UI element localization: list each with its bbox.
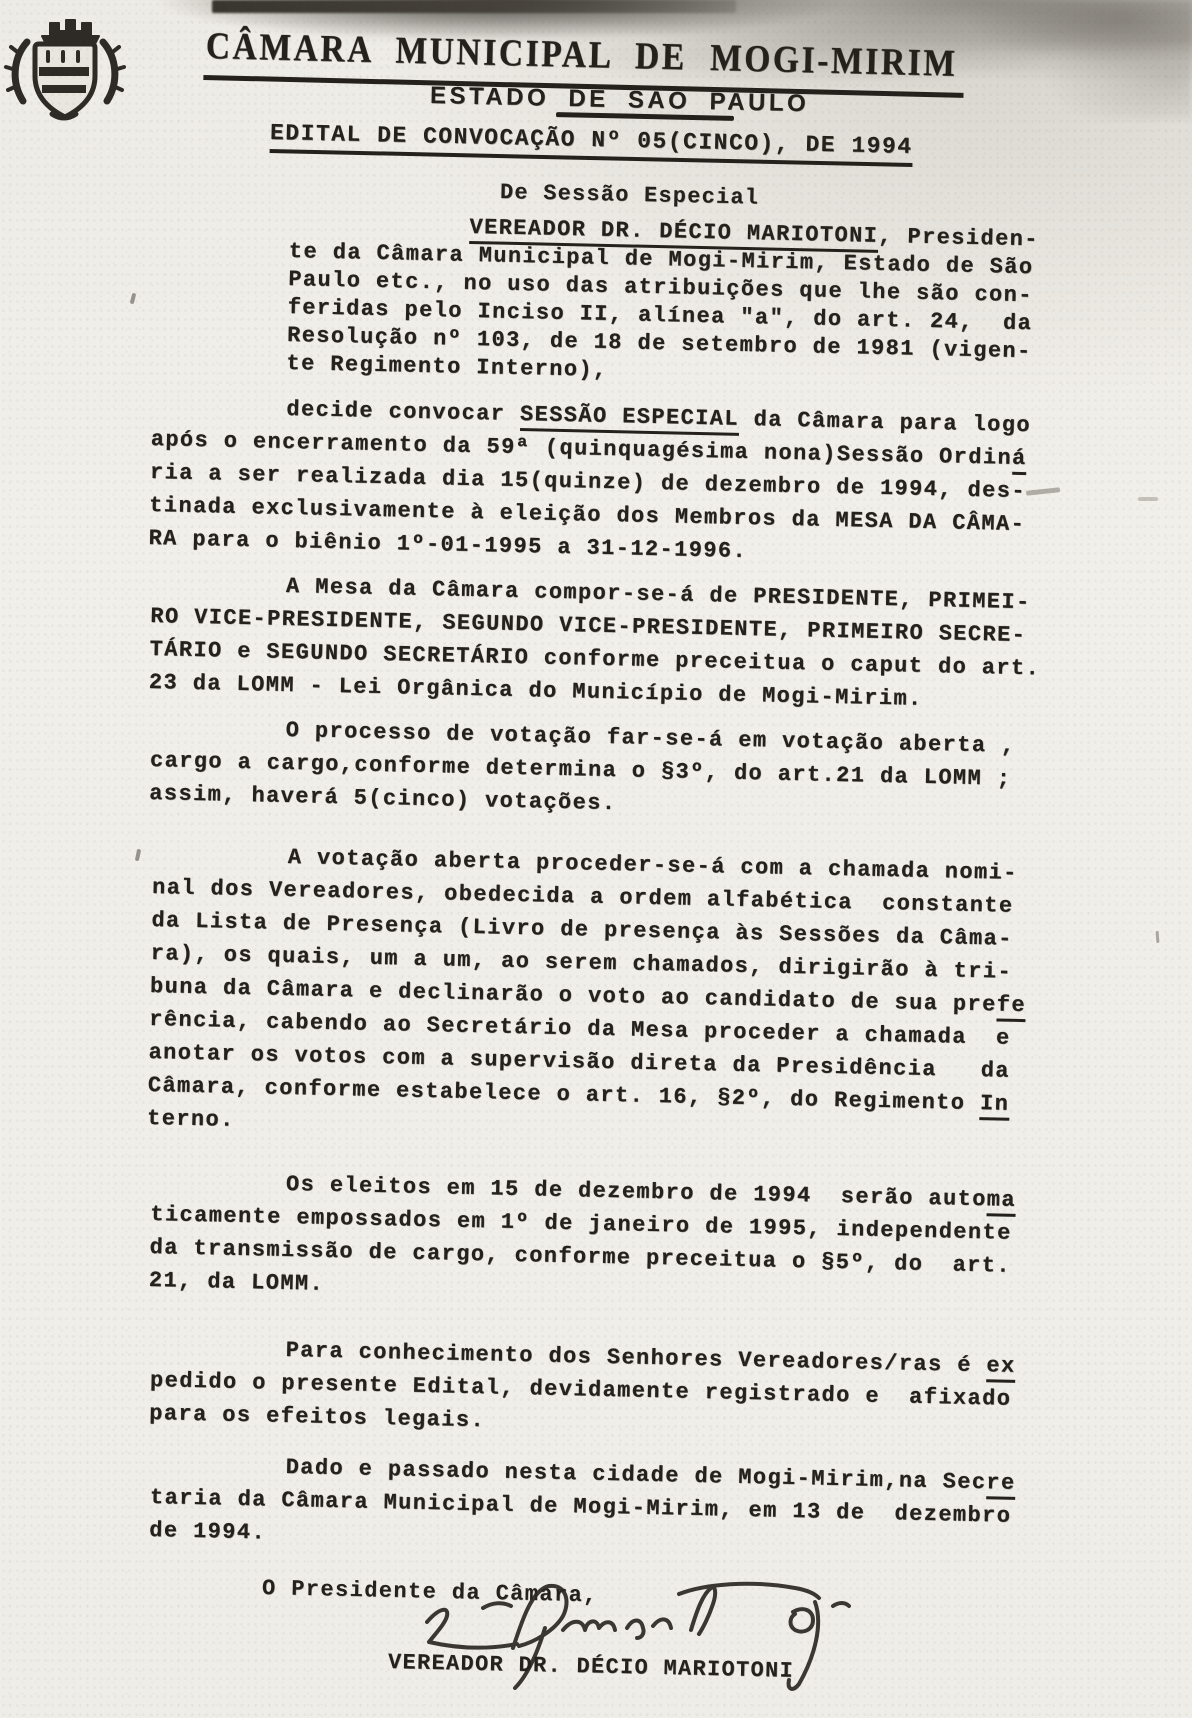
text-segment: , Presiden- [878,224,1039,252]
text-segment: te Regimento Interno), [286,351,608,383]
edital-title-text: EDITAL DE CONVOCAÇÃO Nº 05(CINCO), DE 19… [270,120,913,167]
text-segment: da Câmara para logo [739,407,1032,438]
session-subtitle: De Sessão Especial [500,180,760,211]
paragraph: O processo de votação far-se-á em votaçã… [149,711,1096,831]
underlined-text-segment: ma [986,1187,1016,1217]
underlined-text-segment: In [980,1091,1010,1121]
scan-dark-strip [212,0,736,13]
underlined-text-segment: ex [986,1353,1016,1383]
paragraph: A Mesa da Câmara compor-se-á de PRESIDEN… [149,567,1097,720]
text-segment: para os efeitos legais. [149,1401,485,1433]
underlined-text-segment: re [986,1470,1016,1500]
text-segment: decide convocar [286,397,520,427]
scan-corner-shadow [960,0,1192,120]
scan-dash-artifact [1138,497,1158,501]
scan-speck [135,849,141,862]
paragraph: decide convocar SESSÃO ESPECIAL da Câmar… [148,390,1096,576]
text-segment: assim, haverá 5(cinco) votações. [149,781,617,816]
underlined-text-segment: fe [996,992,1026,1022]
text-segment: 21, da LOMM. [149,1268,325,1297]
coat-of-arms-icon [4,8,126,126]
document-body: VEREADOR DR. DÉCIO MARIOTONI, Presiden-t… [150,210,1095,1547]
paragraph: A votação aberta proceder-se-á com a cha… [147,838,1098,1156]
underlined-text-segment: á [1012,446,1027,475]
underlined-text-segment: SESSÃO ESPECIAL [520,402,740,436]
edital-title: EDITAL DE CONVOCAÇÃO Nº 05(CINCO), DE 19… [270,120,913,160]
paragraph: Dado e passado nesta cidade de Mogi-Miri… [149,1448,1096,1568]
scan-speck [1156,931,1160,943]
paragraph: VEREADOR DR. DÉCIO MARIOTONI, Presiden-t… [286,210,1096,396]
scanned-document-page: CÂMARA MUNICIPAL DE MOGI-MIRIM ESTADO DE… [0,0,1192,1718]
text-segment: terno. [147,1106,235,1133]
text-segment: de 1994. [149,1518,266,1546]
paragraph: Para conhecimento dos Senhores Vereadore… [149,1331,1096,1451]
scan-speck [130,293,137,305]
paragraph: Os eleitos em 15 de dezembro de 1994 ser… [149,1165,1097,1318]
